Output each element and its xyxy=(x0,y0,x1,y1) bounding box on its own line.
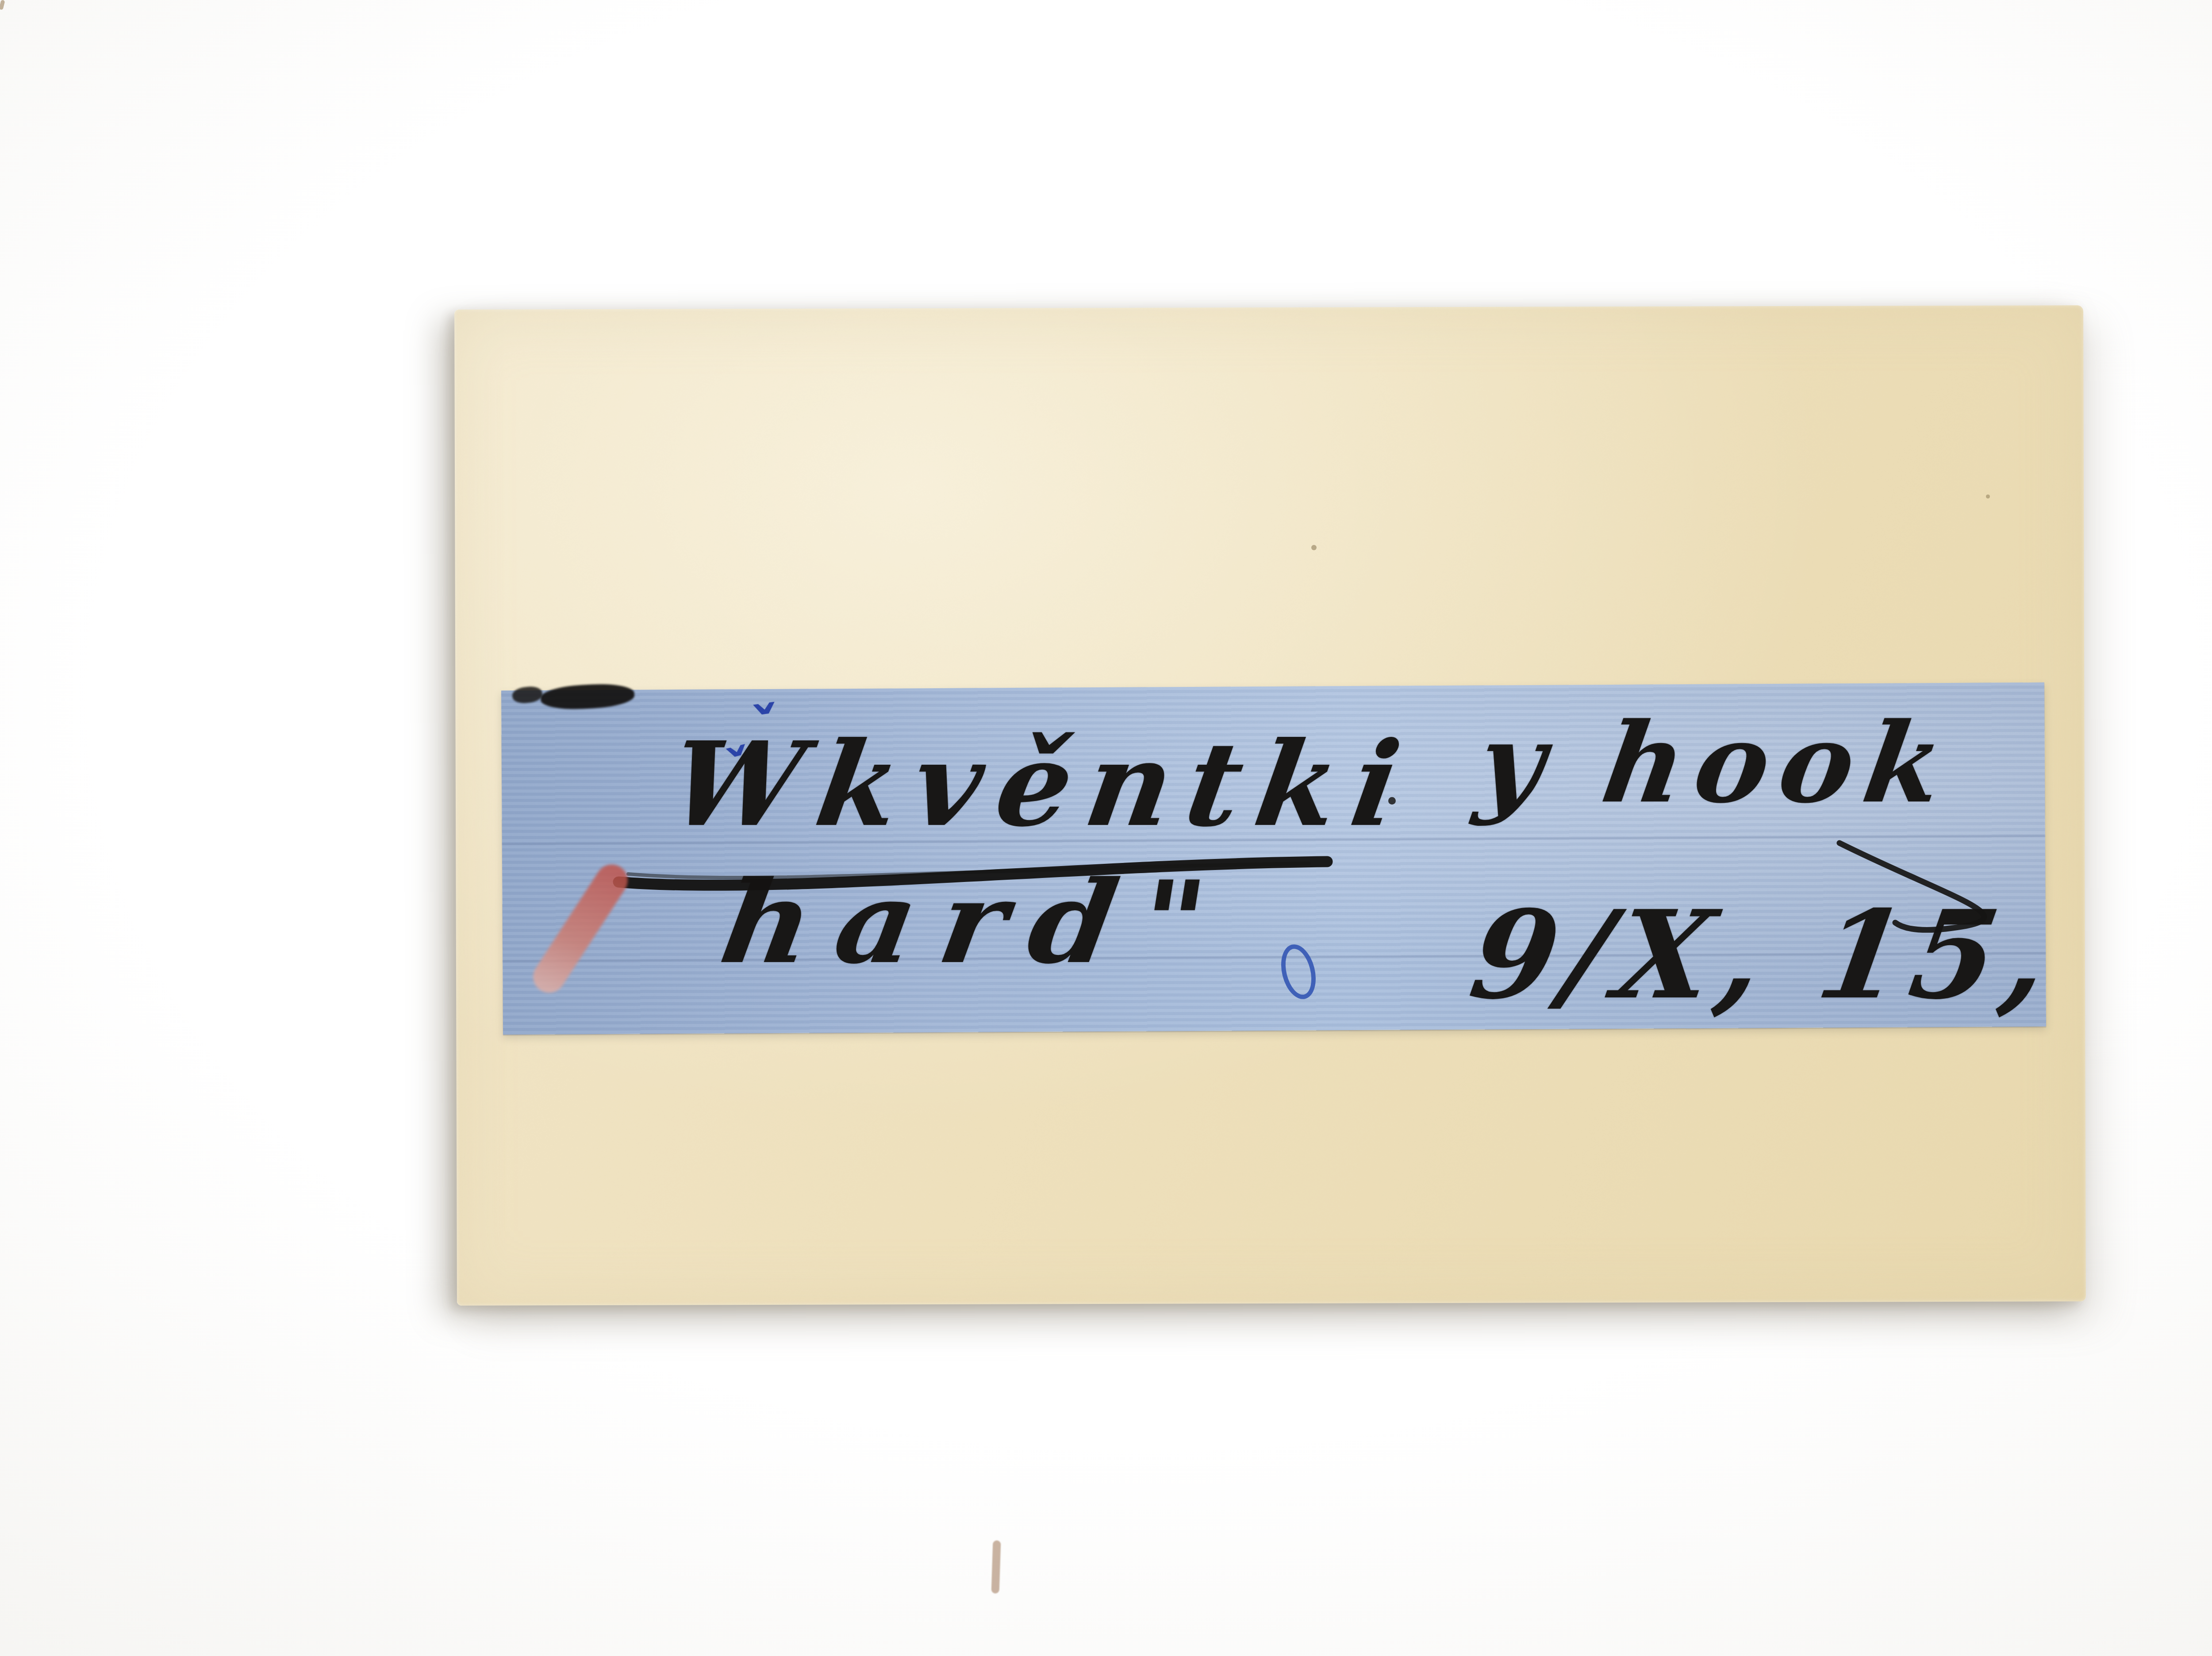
handwritten-word-line2-left: hard" xyxy=(714,866,1238,979)
paper-speck xyxy=(1311,545,1317,550)
paper-speck xyxy=(1986,494,1990,498)
paper-speck xyxy=(0,0,5,10)
photo-background: Wkvěntki y hook hard" 9/X, 15, ˇ ˇ xyxy=(0,0,2212,1656)
ink-dot xyxy=(1388,797,1396,805)
brown-stain-streak xyxy=(991,1540,1001,1594)
handwritten-date-line2-right: 9/X, 15, xyxy=(1463,894,2064,1016)
handwritten-word-line1-right: y hook xyxy=(1471,709,1962,818)
